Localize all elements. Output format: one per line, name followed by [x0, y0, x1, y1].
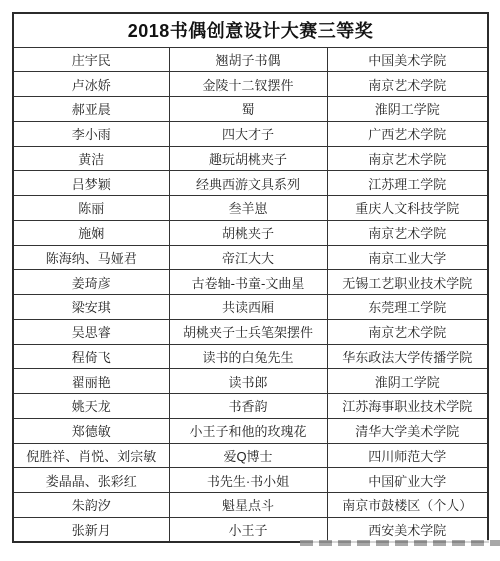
winner-cell: 施娴 — [13, 220, 169, 245]
table-row: 郝亚晨蜀淮阴工学院 — [13, 97, 488, 122]
winner-cell: 朱韵汐 — [13, 493, 169, 518]
school-cell: 广西艺术学院 — [327, 121, 488, 146]
school-cell: 中国美术学院 — [327, 47, 488, 72]
work-cell: 书香韵 — [169, 394, 327, 419]
school-cell: 东莞理工学院 — [327, 295, 488, 320]
awards-table: 2018书偶创意设计大赛三等奖 庄宇民翘胡子书偶中国美术学院卢冰娇金陵十二钗摆件… — [12, 12, 489, 543]
table-row: 施娴胡桃夹子南京艺术学院 — [13, 220, 488, 245]
winner-cell: 程倚飞 — [13, 344, 169, 369]
table-row: 翟丽艳读书郎淮阴工学院 — [13, 369, 488, 394]
winner-cell: 姜琦彦 — [13, 270, 169, 295]
watermark-artifact — [300, 540, 500, 546]
winner-cell: 庄宇民 — [13, 47, 169, 72]
school-cell: 淮阴工学院 — [327, 369, 488, 394]
work-cell: 读书郎 — [169, 369, 327, 394]
school-cell: 西安美术学院 — [327, 517, 488, 542]
school-cell: 中国矿业大学 — [327, 468, 488, 493]
table-row: 吴思睿胡桃夹子士兵笔架摆件南京艺术学院 — [13, 319, 488, 344]
school-cell: 南京工业大学 — [327, 245, 488, 270]
title-row: 2018书偶创意设计大赛三等奖 — [13, 13, 488, 47]
table-row: 姚天龙书香韵江苏海事职业技术学院 — [13, 394, 488, 419]
school-cell: 华东政法大学传播学院 — [327, 344, 488, 369]
work-cell: 小王子和他的玫瑰花 — [169, 418, 327, 443]
work-cell: 小王子 — [169, 517, 327, 542]
winner-cell: 黄洁 — [13, 146, 169, 171]
work-cell: 古卷轴-书童-文曲星 — [169, 270, 327, 295]
work-cell: 书先生·书小姐 — [169, 468, 327, 493]
winner-cell: 郑德敏 — [13, 418, 169, 443]
work-cell: 爱Q博士 — [169, 443, 327, 468]
winner-cell: 梁安琪 — [13, 295, 169, 320]
winner-cell: 姚天龙 — [13, 394, 169, 419]
table-row: 庄宇民翘胡子书偶中国美术学院 — [13, 47, 488, 72]
table-row: 倪胜祥、肖悦、刘宗敏爱Q博士四川师范大学 — [13, 443, 488, 468]
table-row: 程倚飞读书的白兔先生华东政法大学传播学院 — [13, 344, 488, 369]
table-row: 吕梦颖经典西游文具系列江苏理工学院 — [13, 171, 488, 196]
work-cell: 魁星点斗 — [169, 493, 327, 518]
table-row: 朱韵汐魁星点斗南京市鼓楼区（个人） — [13, 493, 488, 518]
school-cell: 重庆人文科技学院 — [327, 196, 488, 221]
page-background: 2018书偶创意设计大赛三等奖 庄宇民翘胡子书偶中国美术学院卢冰娇金陵十二钗摆件… — [0, 0, 500, 561]
winner-cell: 郝亚晨 — [13, 97, 169, 122]
winner-cell: 娄晶晶、张彩红 — [13, 468, 169, 493]
table-row: 张新月小王子西安美术学院 — [13, 517, 488, 542]
school-cell: 南京艺术学院 — [327, 72, 488, 97]
work-cell: 胡桃夹子士兵笔架摆件 — [169, 319, 327, 344]
school-cell: 南京艺术学院 — [327, 319, 488, 344]
winner-cell: 陈海纳、马娅君 — [13, 245, 169, 270]
school-cell: 南京艺术学院 — [327, 146, 488, 171]
work-cell: 胡桃夹子 — [169, 220, 327, 245]
work-cell: 读书的白兔先生 — [169, 344, 327, 369]
table-row: 卢冰娇金陵十二钗摆件南京艺术学院 — [13, 72, 488, 97]
school-cell: 江苏海事职业技术学院 — [327, 394, 488, 419]
table-row: 郑德敏小王子和他的玫瑰花清华大学美术学院 — [13, 418, 488, 443]
school-cell: 南京艺术学院 — [327, 220, 488, 245]
winner-cell: 张新月 — [13, 517, 169, 542]
work-cell: 帝江大大 — [169, 245, 327, 270]
table-row: 陈丽叁羊崽重庆人文科技学院 — [13, 196, 488, 221]
school-cell: 南京市鼓楼区（个人） — [327, 493, 488, 518]
work-cell: 经典西游文具系列 — [169, 171, 327, 196]
school-cell: 江苏理工学院 — [327, 171, 488, 196]
winner-cell: 翟丽艳 — [13, 369, 169, 394]
work-cell: 趣玩胡桃夹子 — [169, 146, 327, 171]
table-row: 李小雨四大才子广西艺术学院 — [13, 121, 488, 146]
winner-cell: 倪胜祥、肖悦、刘宗敏 — [13, 443, 169, 468]
school-cell: 无锡工艺职业技术学院 — [327, 270, 488, 295]
table-row: 梁安琪共读西厢东莞理工学院 — [13, 295, 488, 320]
work-cell: 四大才子 — [169, 121, 327, 146]
winner-cell: 吕梦颖 — [13, 171, 169, 196]
winner-cell: 陈丽 — [13, 196, 169, 221]
work-cell: 叁羊崽 — [169, 196, 327, 221]
work-cell: 翘胡子书偶 — [169, 47, 327, 72]
winner-cell: 卢冰娇 — [13, 72, 169, 97]
school-cell: 淮阴工学院 — [327, 97, 488, 122]
table-row: 陈海纳、马娅君帝江大大南京工业大学 — [13, 245, 488, 270]
table-row: 姜琦彦古卷轴-书童-文曲星无锡工艺职业技术学院 — [13, 270, 488, 295]
awards-table-body: 庄宇民翘胡子书偶中国美术学院卢冰娇金陵十二钗摆件南京艺术学院郝亚晨蜀淮阴工学院李… — [13, 47, 488, 542]
winner-cell: 吴思睿 — [13, 319, 169, 344]
work-cell: 金陵十二钗摆件 — [169, 72, 327, 97]
table-row: 娄晶晶、张彩红书先生·书小姐中国矿业大学 — [13, 468, 488, 493]
work-cell: 共读西厢 — [169, 295, 327, 320]
school-cell: 四川师范大学 — [327, 443, 488, 468]
school-cell: 清华大学美术学院 — [327, 418, 488, 443]
winner-cell: 李小雨 — [13, 121, 169, 146]
work-cell: 蜀 — [169, 97, 327, 122]
table-row: 黄洁趣玩胡桃夹子南京艺术学院 — [13, 146, 488, 171]
table-title: 2018书偶创意设计大赛三等奖 — [13, 13, 488, 47]
